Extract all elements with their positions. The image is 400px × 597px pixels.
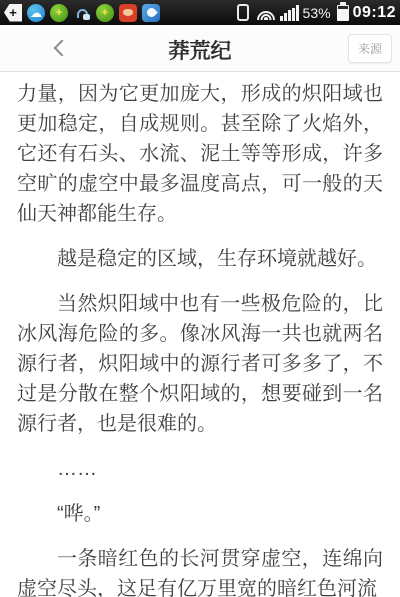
security-tag-icon: + xyxy=(4,4,22,22)
navbar: 莽荒纪 来源 xyxy=(0,25,400,72)
paragraph: 一条暗红色的长河贯穿虚空，连绵向虚空尽头，这足有亿万里宽的暗红色河流 xyxy=(17,544,383,597)
compass-leaf xyxy=(145,6,158,19)
page-title: 莽荒纪 xyxy=(0,35,400,65)
clock: 09:12 xyxy=(353,4,396,22)
source-button[interactable]: 来源 xyxy=(348,34,392,63)
paragraph: …… xyxy=(17,454,383,484)
battery-percent: 53% xyxy=(303,5,331,21)
green-globe-icon: + xyxy=(50,4,68,22)
signal-strength-icon xyxy=(280,5,299,21)
paragraph: 越是稳定的区域，生存环境就越好。 xyxy=(17,244,383,274)
bull-app-icon xyxy=(119,4,137,22)
vibrate-phone-icon xyxy=(237,4,249,21)
green-globe-icon-2: + xyxy=(96,4,114,22)
bull-face xyxy=(123,9,133,16)
cloud-browser-icon: ☁ xyxy=(27,4,45,22)
paragraph: 力量，因为它更加庞大，形成的炽阳域也更加稳定，自成规则。甚至除了火焰外，它还有石… xyxy=(17,79,383,229)
headset-chat-icon xyxy=(73,4,91,22)
system-status: 53% 09:12 xyxy=(237,4,396,22)
notification-icons: + ☁ + + xyxy=(4,4,160,22)
paragraph: “哗。” xyxy=(17,499,383,529)
status-bar: + ☁ + + 53% 09:12 xyxy=(0,0,400,25)
chat-bubble xyxy=(83,14,90,20)
battery-icon xyxy=(337,5,349,21)
wifi-icon xyxy=(256,5,276,20)
reading-area[interactable]: 力量，因为它更加庞大，形成的炽阳域也更加稳定，自成规则。甚至除了火焰外，它还有石… xyxy=(0,72,400,597)
compass-app-icon xyxy=(142,4,160,22)
paragraph: 当然炽阳域中也有一些极危险的，比冰风海危险的多。像冰风海一共也就两名源行者，炽阳… xyxy=(17,289,383,439)
